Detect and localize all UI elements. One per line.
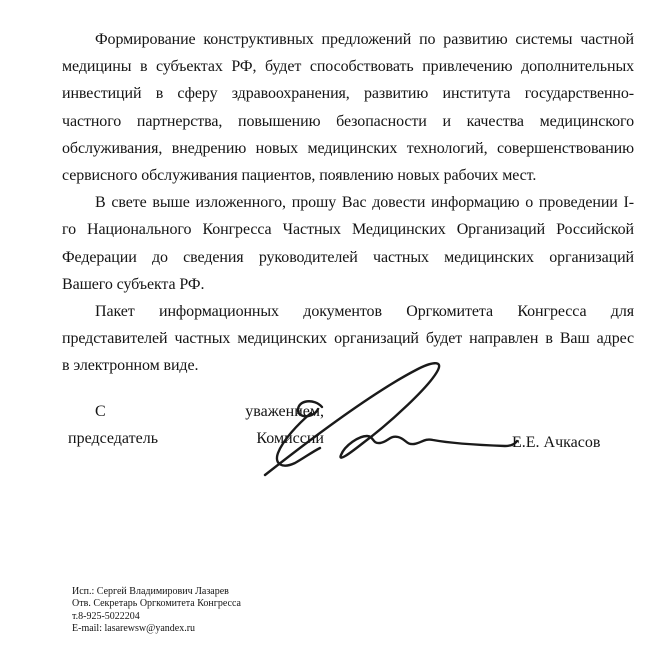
footer-block: Исп.: Сергей Владимирович Лазарев Отв. С…: [72, 586, 241, 635]
footer-phone: т.8-925-5022204: [72, 611, 241, 623]
signer-name: Е.Е. Ачкасов: [512, 429, 600, 456]
letter-page: Формирование конструктивных предложений …: [0, 0, 661, 667]
paragraph-line: обслуживания, внедрению новых медицински…: [62, 135, 634, 162]
paragraph-line: медицины в субъектах РФ, будет способств…: [62, 53, 634, 80]
footer-email: E-mail: lasarewsw@yandex.ru: [72, 623, 241, 635]
footer-executor: Исп.: Сергей Владимирович Лазарев: [72, 586, 241, 598]
paragraph-line: Федерации до сведения руководителей част…: [62, 244, 634, 271]
handwritten-signature-icon: [253, 357, 525, 481]
paragraph: В свете выше изложенного, прошу Вас дове…: [62, 189, 634, 298]
paragraph-line: инвестиций в сферу здравоохранения, разв…: [62, 80, 634, 107]
paragraph-line: Формирование конструктивных предложений …: [62, 26, 634, 53]
paragraph-line: сервисного обслуживания пациентов, появл…: [62, 162, 634, 189]
paragraph-line: Пакет информационных документов Оргкомит…: [62, 298, 634, 325]
paragraph-line: Вашего субъекта РФ.: [62, 271, 634, 298]
footer-secretary: Отв. Секретарь Оргкомитета Конгресса: [72, 598, 241, 610]
paragraph: Формирование конструктивных предложений …: [62, 26, 634, 189]
paragraph-line: В свете выше изложенного, прошу Вас дове…: [62, 189, 634, 216]
paragraph-line: частного партнерства, повышению безопасн…: [62, 108, 634, 135]
paragraph-line: го Национального Конгресса Частных Медиц…: [62, 216, 634, 243]
paragraph-line: представителей частных медицинских орган…: [62, 325, 634, 352]
letter-body: Формирование конструктивных предложений …: [62, 26, 634, 380]
